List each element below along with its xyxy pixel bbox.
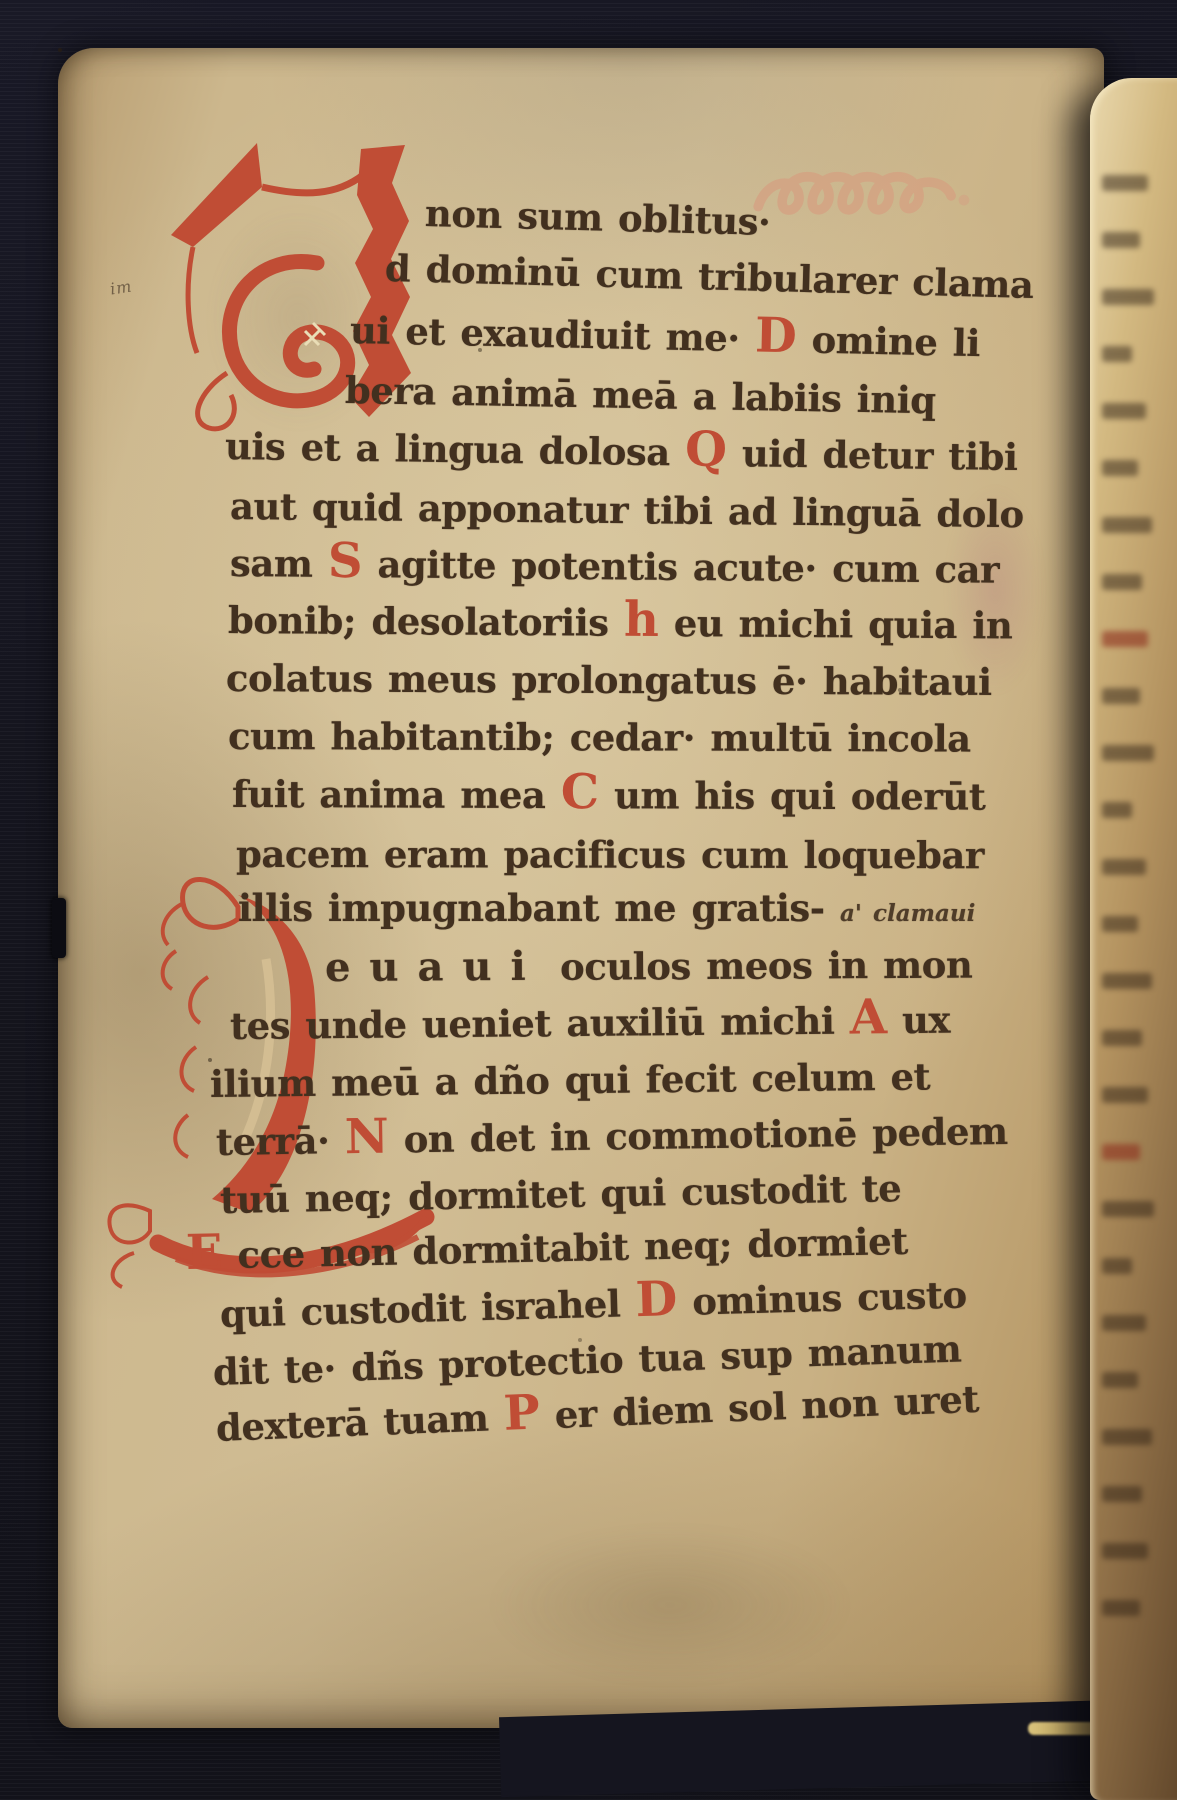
facing-page-blurred-text <box>1102 289 1154 305</box>
text-line: qui custodit israhel D ominus custo <box>220 1276 968 1333</box>
rubricated-initial: S <box>328 533 363 589</box>
text-segment: a' clamaui <box>840 900 975 927</box>
text-line: tuū neq; dormitet qui custodit te <box>220 1170 902 1219</box>
text-line: pacem eram pacificus cum loquebar <box>236 836 984 874</box>
text-segment: terrā· <box>216 1118 345 1164</box>
rubricated-initial: A <box>850 989 887 1045</box>
text-block: non sum oblitus·d dominū cum tribularer … <box>58 48 1104 1728</box>
facing-page-blurred-text <box>1102 688 1140 704</box>
facing-page-blurred-text <box>1102 1543 1148 1559</box>
text-line: cum habitantib; cedar· multū incola <box>228 718 971 758</box>
manuscript-page: A L im non sum oblitus·d dominū cum trib… <box>58 48 1104 1728</box>
facing-page-blurred-text <box>1102 1486 1142 1502</box>
text-segment: uis et a lingua dolosa <box>225 424 686 474</box>
text-segment: sam <box>230 541 328 586</box>
text-segment: on det in commotionē pedem <box>388 1109 1008 1162</box>
text-segment: eu michi quia in <box>658 601 1012 647</box>
facing-page-blurred-text <box>1102 973 1152 989</box>
facing-page-blurred-text <box>1102 346 1132 362</box>
text-segment: er diem sol non uret <box>539 1377 980 1438</box>
photograph-of-open-manuscript: { "colors": { "cloth": "#15151f", "parch… <box>0 0 1177 1800</box>
facing-page-blurred-text <box>1102 232 1140 248</box>
text-line: aut quid apponatur tibi ad linguā dolo <box>230 488 1024 533</box>
page-bottom-edge-shadow <box>499 1699 1161 1797</box>
rubricated-initial: C <box>561 764 599 820</box>
text-segment: aut quid apponatur tibi ad linguā dolo <box>230 484 1024 536</box>
rubricated-initial: D <box>635 1271 678 1328</box>
facing-page-blurred-text <box>1102 631 1148 647</box>
text-line: dexterā tuam P er diem sol non uret <box>215 1381 979 1447</box>
text-line: E cce non dormitabit neq; dormiet <box>186 1223 908 1275</box>
text-segment: colatus meus prolongatus ē· habitaui <box>226 656 992 704</box>
text-segment: pacem eram pacificus cum loquebar <box>236 832 984 877</box>
facing-page-blurred-text <box>1102 916 1138 932</box>
facing-page-blurred-text <box>1102 403 1146 419</box>
text-line: colatus meus prolongatus ē· habitaui <box>226 660 992 701</box>
facing-page-blurred-text <box>1102 1372 1138 1388</box>
facing-page-blurred-text <box>1102 1258 1132 1274</box>
text-segment: fuit anima mea <box>232 772 561 817</box>
facing-page-blurred-text <box>1102 745 1154 761</box>
text-segment: omine li <box>796 317 981 365</box>
text-line: terrā· N on det in commotionē pedem <box>216 1113 1008 1161</box>
text-segment: tuū neq; dormitet qui custodit te <box>220 1166 902 1222</box>
text-segment: non sum oblitus· <box>424 191 771 244</box>
text-segment: uid detur tibi <box>726 431 1018 479</box>
facing-page-blurred-text <box>1102 1429 1152 1445</box>
text-segment: tes unde ueniet auxiliū michi <box>230 999 850 1048</box>
text-line: illis impugnabant me gratis- a' clamaui <box>238 890 975 927</box>
text-segment: agitte potentis acute· cum car <box>362 542 999 592</box>
text-segment: euaui <box>325 943 545 991</box>
facing-page-blurred-text <box>1102 1087 1148 1103</box>
facing-page-blurred-text <box>1102 1315 1146 1331</box>
text-line: euaui oculos meos in mon <box>325 945 973 988</box>
text-segment: ui et exaudiuit me· <box>350 308 756 360</box>
text-line: ui et exaudiuit me· D omine li <box>350 312 981 362</box>
text-line: fuit anima mea C um his qui oderūt <box>232 776 986 816</box>
rubricated-initial: P <box>503 1385 541 1442</box>
facing-page-blurred-text <box>1102 175 1148 191</box>
text-line: bera animā meā a labiis iniq <box>345 372 936 419</box>
text-line: tes unde ueniet auxiliū michi A ux <box>230 1002 950 1045</box>
rubricated-initial: D <box>755 307 797 364</box>
text-line: ilium meū a dño qui fecit celum et <box>210 1058 931 1103</box>
text-segment: bera animā meā a labiis iniq <box>345 368 936 422</box>
text-segment: um his qui oderūt <box>599 773 986 818</box>
text-segment: d dominū cum tribularer clama <box>384 246 1034 307</box>
facing-page-blurred-text <box>1102 574 1142 590</box>
facing-page-blurred-text <box>1102 517 1152 533</box>
text-line: bonib; desolatoriis h eu michi quia in <box>228 602 1013 644</box>
facing-page-blurred-text <box>1102 1030 1142 1046</box>
text-line: d dominū cum tribularer clama <box>385 250 1034 304</box>
text-segment: ux <box>886 998 950 1043</box>
text-segment: illis impugnabant me gratis- <box>238 886 840 930</box>
text-segment: ilium meū a dño qui fecit celum et <box>210 1054 931 1106</box>
facing-page-edge <box>1090 78 1177 1800</box>
rubricated-initial: Q <box>685 421 727 478</box>
text-segment: cum habitantib; cedar· multū incola <box>228 714 971 761</box>
text-segment: cce non dormitabit neq; dormiet <box>222 1219 908 1277</box>
text-segment: oculos meos in mon <box>545 943 973 989</box>
facing-page-blurred-text <box>1102 1201 1154 1217</box>
text-segment: qui custodit israhel <box>219 1281 636 1336</box>
rubricated-initial: h <box>624 592 659 648</box>
rubricated-initial: N <box>344 1109 388 1166</box>
text-segment: ominus custo <box>676 1272 967 1324</box>
text-segment: dexterā tuam <box>215 1395 504 1450</box>
text-line: non sum oblitus· <box>425 195 771 241</box>
facing-page-blurred-text <box>1102 1600 1140 1616</box>
text-line: uis et a lingua dolosa Q uid detur tibi <box>225 428 1018 476</box>
text-segment: bonib; desolatoriis <box>228 598 624 645</box>
rubricated-initial: E <box>185 1224 222 1281</box>
facing-page-blurred-text <box>1102 460 1138 476</box>
facing-page-blurred-text <box>1102 802 1132 818</box>
facing-page-blurred-text <box>1102 859 1146 875</box>
facing-page-blurred-text <box>1102 1144 1140 1160</box>
text-line: sam S agitte potentis acute· cum car <box>230 545 999 589</box>
